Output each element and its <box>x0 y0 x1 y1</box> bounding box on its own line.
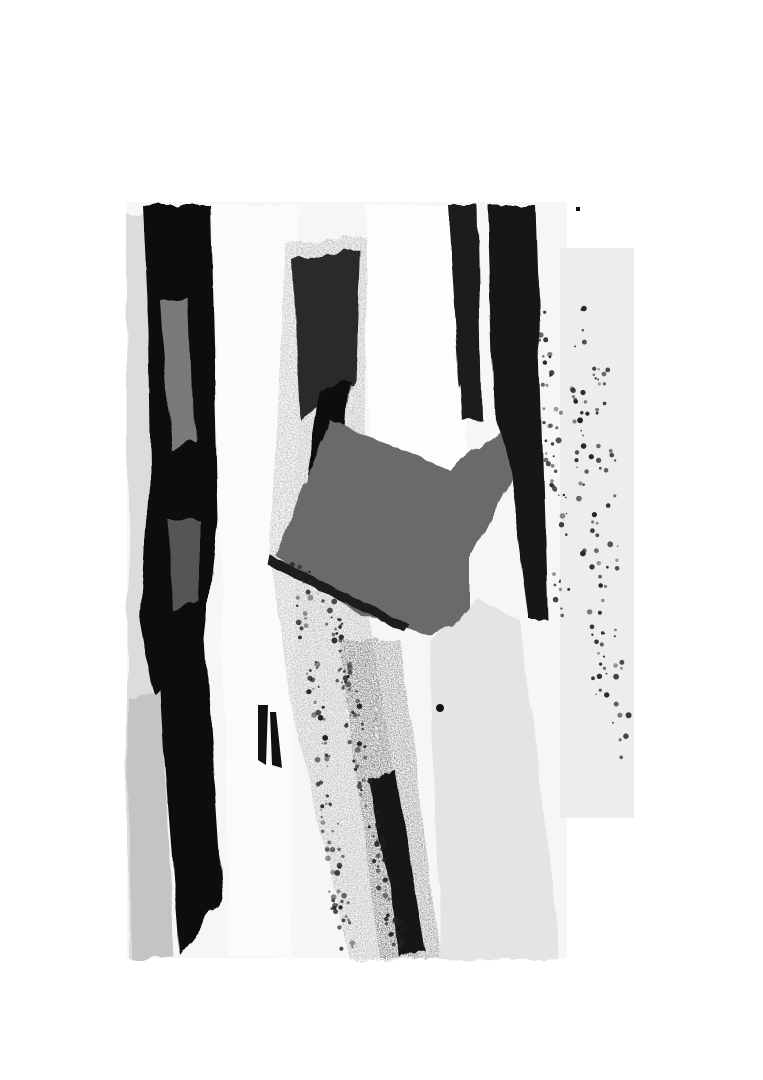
abstract-painting <box>0 0 763 1080</box>
canvas-right-strip <box>560 248 634 818</box>
